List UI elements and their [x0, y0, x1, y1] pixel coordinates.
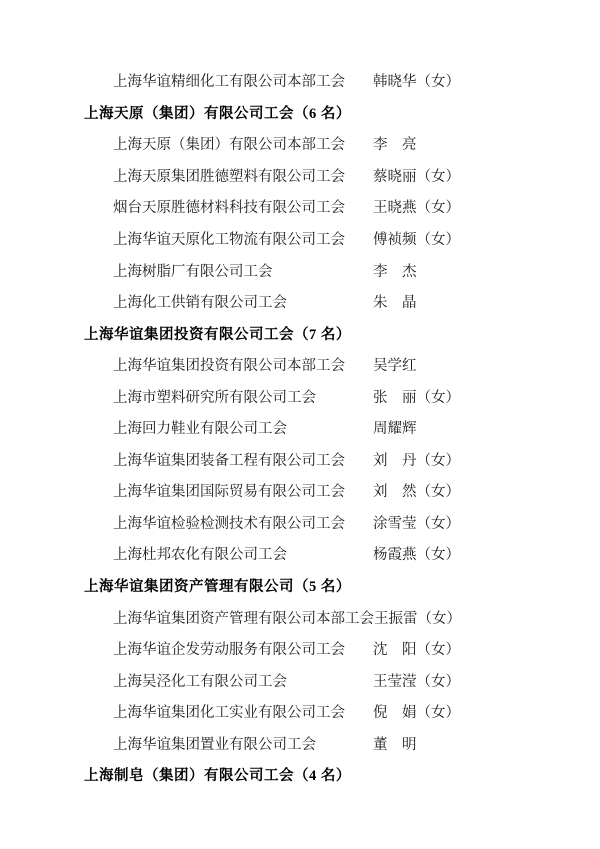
person-name: 王晓燕（女） [373, 196, 460, 217]
union-org-name: 上海天原（集团）有限公司本部工会 [113, 133, 373, 154]
person-name: 倪 娟（女） [373, 701, 460, 722]
union-org-name: 上海华谊天原化工物流有限公司工会 [113, 228, 373, 249]
union-org-name: 上海华谊精细化工有限公司本部工会 [113, 70, 373, 91]
union-entry-row: 上海华谊天原化工物流有限公司工会 傅祯频（女） [84, 223, 560, 255]
group-header-text: 上海华谊集团资产管理有限公司（5 名） [84, 575, 351, 596]
union-org-name: 上海杜邦农化有限公司工会 [113, 543, 373, 564]
union-entry-row: 上海华谊集团投资有限公司本部工会 吴学红 [84, 349, 560, 381]
person-name: 朱 晶 [373, 291, 417, 312]
union-org-name: 上海华谊企发劳动服务有限公司工会 [113, 638, 373, 659]
union-org-name: 上海市塑料研究所有限公司工会 [113, 386, 373, 407]
union-entry-row: 上海吴泾化工有限公司工会 王莹滢（女） [84, 664, 560, 696]
person-name: 董 明 [373, 733, 417, 754]
union-entry-row: 上海华谊集团资产管理有限公司本部工会 王振雷（女） [84, 601, 560, 633]
group-header: 上海天原（集团）有限公司工会（6 名） [84, 97, 560, 129]
union-entry-row: 上海回力鞋业有限公司工会 周耀辉 [84, 412, 560, 444]
person-name: 吴学红 [373, 354, 417, 375]
person-name: 张 丽（女） [373, 386, 460, 407]
union-entry-row: 上海华谊集团化工实业有限公司工会 倪 娟（女） [84, 696, 560, 728]
union-entry-row: 上海华谊企发劳动服务有限公司工会 沈 阳（女） [84, 633, 560, 665]
union-entry-row: 上海华谊集团国际贸易有限公司工会 刘 然（女） [84, 475, 560, 507]
union-representative-list: 上海华谊精细化工有限公司本部工会 韩晓华（女） 上海天原（集团）有限公司工会（6… [84, 65, 560, 791]
person-name: 周耀辉 [373, 417, 417, 438]
union-entry-row: 上海华谊集团置业有限公司工会 董 明 [84, 727, 560, 759]
union-org-name: 上海树脂厂有限公司工会 [113, 260, 373, 281]
union-entry-row: 上海天原（集团）有限公司本部工会 李 亮 [84, 128, 560, 160]
union-org-name: 上海吴泾化工有限公司工会 [113, 670, 373, 691]
union-org-name: 上海华谊集团化工实业有限公司工会 [113, 701, 373, 722]
person-name: 杨霞燕（女） [373, 543, 460, 564]
union-org-name: 上海华谊集团置业有限公司工会 [113, 733, 373, 754]
union-entry-row: 烟台天原胜德材料科技有限公司工会 王晓燕（女） [84, 191, 560, 223]
union-entry-row: 上海天原集团胜德塑料有限公司工会 蔡晓丽（女） [84, 160, 560, 192]
person-name: 李 亮 [373, 133, 417, 154]
union-entry-row: 上海树脂厂有限公司工会 李 杰 [84, 254, 560, 286]
group-header: 上海华谊集团资产管理有限公司（5 名） [84, 570, 560, 602]
person-name: 傅祯频（女） [373, 228, 460, 249]
person-name: 王振雷（女） [374, 607, 461, 628]
group-header-text: 上海华谊集团投资有限公司工会（7 名） [84, 323, 351, 344]
person-name: 王莹滢（女） [373, 670, 460, 691]
union-entry-row: 上海化工供销有限公司工会 朱 晶 [84, 286, 560, 318]
person-name: 刘 丹（女） [373, 449, 460, 470]
union-entry-row: 上海市塑料研究所有限公司工会 张 丽（女） [84, 380, 560, 412]
group-header-text: 上海制皂（集团）有限公司工会（4 名） [84, 764, 351, 785]
union-org-name: 上海华谊集团投资有限公司本部工会 [113, 354, 373, 375]
group-header: 上海制皂（集团）有限公司工会（4 名） [84, 759, 560, 791]
person-name: 蔡晓丽（女） [373, 165, 460, 186]
union-entry-row: 上海华谊检验检测技术有限公司工会 涂雪莹（女） [84, 507, 560, 539]
union-org-name: 上海天原集团胜德塑料有限公司工会 [113, 165, 373, 186]
union-org-name: 上海华谊集团国际贸易有限公司工会 [113, 480, 373, 501]
union-org-name: 上海化工供销有限公司工会 [113, 291, 373, 312]
union-org-name: 烟台天原胜德材料科技有限公司工会 [113, 196, 373, 217]
person-name: 沈 阳（女） [373, 638, 460, 659]
group-header-text: 上海天原（集团）有限公司工会（6 名） [84, 102, 351, 123]
person-name: 刘 然（女） [373, 480, 460, 501]
union-entry-row: 上海华谊精细化工有限公司本部工会 韩晓华（女） [84, 65, 560, 97]
union-org-name: 上海华谊检验检测技术有限公司工会 [113, 512, 373, 533]
union-org-name: 上海华谊集团资产管理有限公司本部工会 [113, 607, 374, 628]
union-org-name: 上海回力鞋业有限公司工会 [113, 417, 373, 438]
person-name: 涂雪莹（女） [373, 512, 460, 533]
union-org-name: 上海华谊集团装备工程有限公司工会 [113, 449, 373, 470]
document-page: 上海华谊精细化工有限公司本部工会 韩晓华（女） 上海天原（集团）有限公司工会（6… [0, 0, 600, 849]
person-name: 韩晓华（女） [373, 70, 460, 91]
group-header: 上海华谊集团投资有限公司工会（7 名） [84, 317, 560, 349]
union-entry-row: 上海杜邦农化有限公司工会 杨霞燕（女） [84, 538, 560, 570]
union-entry-row: 上海华谊集团装备工程有限公司工会 刘 丹（女） [84, 444, 560, 476]
person-name: 李 杰 [373, 260, 417, 281]
